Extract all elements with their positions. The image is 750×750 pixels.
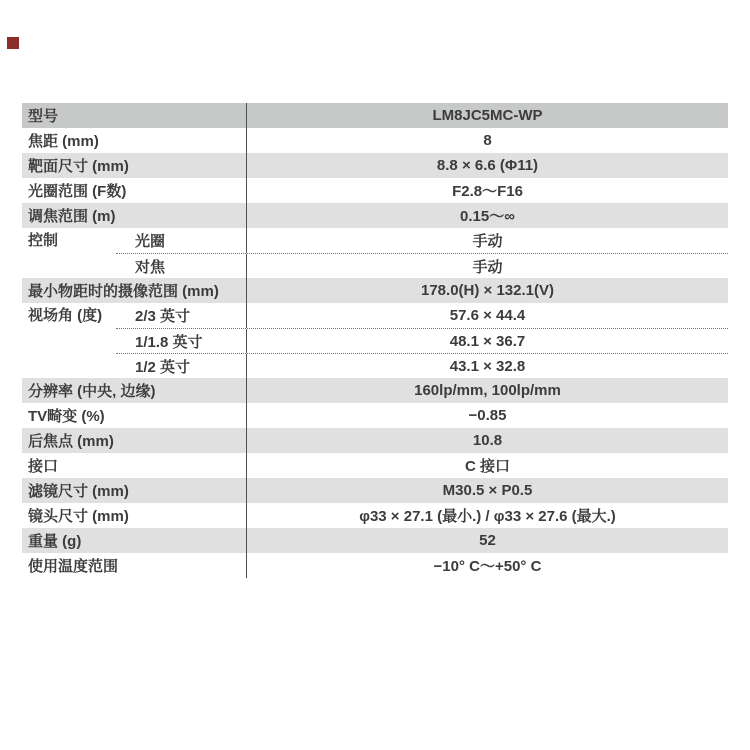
spec-label: 靶面尺寸 (mm) [22, 153, 247, 178]
spec-value: M30.5 × P0.5 [247, 478, 728, 503]
spec-subrow: 光圈手动 [116, 228, 728, 253]
spec-value: 178.0(H) × 132.1(V) [247, 278, 728, 303]
spec-value: 8 [247, 128, 728, 153]
spec-value: 10.8 [247, 428, 728, 453]
spec-row: 最小物距时的摄像范围 (mm)178.0(H) × 132.1(V) [22, 278, 728, 303]
spec-value: 48.1 × 36.7 [247, 329, 728, 353]
spec-group-row: 视场角 (度)2/3 英寸57.6 × 44.41/1.8 英寸48.1 × 3… [22, 303, 728, 378]
spec-label: 重量 (g) [22, 528, 247, 553]
spec-value: 手动 [247, 228, 728, 253]
spec-value: 57.6 × 44.4 [247, 303, 728, 328]
spec-group-subrows: 2/3 英寸57.6 × 44.41/1.8 英寸48.1 × 36.71/2 … [116, 303, 728, 378]
spec-row: 使用温度范围−10° C～+50° C [22, 553, 728, 578]
spec-label: 后焦点 (mm) [22, 428, 247, 453]
page: 型号LM8JC5MC-WP焦距 (mm)8靶面尺寸 (mm)8.8 × 6.6 … [0, 0, 750, 750]
spec-label: 最小物距时的摄像范围 (mm) [22, 278, 247, 303]
spec-row: 调焦范围 (m)0.15～∞ [22, 203, 728, 228]
spec-model-value: LM8JC5MC-WP [247, 103, 728, 128]
spec-value: 160lp/mm, 100lp/mm [247, 378, 728, 403]
spec-sublabel: 1/1.8 英寸 [116, 329, 247, 353]
spec-row: TV畸变 (%)−0.85 [22, 403, 728, 428]
spec-row: 重量 (g)52 [22, 528, 728, 553]
spec-row: 滤镜尺寸 (mm)M30.5 × P0.5 [22, 478, 728, 503]
spec-sublabel: 1/2 英寸 [116, 354, 247, 378]
spec-group-subrows: 光圈手动对焦手动 [116, 228, 728, 278]
spec-row: 后焦点 (mm)10.8 [22, 428, 728, 453]
spec-label: 分辨率 (中央, 边缘) [22, 378, 247, 403]
spec-row: 焦距 (mm)8 [22, 128, 728, 153]
spec-sublabel: 对焦 [116, 254, 247, 278]
spec-label: 光圈范围 (F数) [22, 178, 247, 203]
spec-label: 接口 [22, 453, 247, 478]
spec-group-row: 控制光圈手动对焦手动 [22, 228, 728, 278]
spec-value: 0.15～∞ [247, 203, 728, 228]
spec-group-label: 控制 [22, 228, 116, 278]
spec-label: 使用温度范围 [22, 553, 247, 578]
spec-group-label: 视场角 (度) [22, 303, 116, 378]
spec-row: 分辨率 (中央, 边缘)160lp/mm, 100lp/mm [22, 378, 728, 403]
spec-value: F2.8～F16 [247, 178, 728, 203]
spec-value: 8.8 × 6.6 (Φ11) [247, 153, 728, 178]
spec-label: 调焦范围 (m) [22, 203, 247, 228]
spec-subrow: 1/1.8 英寸48.1 × 36.7 [116, 328, 728, 353]
spec-label: TV畸变 (%) [22, 403, 247, 428]
spec-row: 镜头尺寸 (mm)φ33 × 27.1 (最小.) / φ33 × 27.6 (… [22, 503, 728, 528]
spec-subrow: 1/2 英寸43.1 × 32.8 [116, 353, 728, 378]
spec-value: C 接口 [247, 453, 728, 478]
spec-header-row: 型号LM8JC5MC-WP [22, 103, 728, 128]
spec-label: 型号 [22, 103, 247, 128]
spec-value: 手动 [247, 254, 728, 278]
spec-value: φ33 × 27.1 (最小.) / φ33 × 27.6 (最大.) [247, 503, 728, 528]
spec-subrow: 对焦手动 [116, 253, 728, 278]
spec-sublabel: 光圈 [116, 228, 247, 253]
spec-label: 焦距 (mm) [22, 128, 247, 153]
spec-row: 光圈范围 (F数)F2.8～F16 [22, 178, 728, 203]
spec-subrow: 2/3 英寸57.6 × 44.4 [116, 303, 728, 328]
spec-label: 滤镜尺寸 (mm) [22, 478, 247, 503]
spec-table: 型号LM8JC5MC-WP焦距 (mm)8靶面尺寸 (mm)8.8 × 6.6 … [22, 103, 728, 578]
spec-row: 靶面尺寸 (mm)8.8 × 6.6 (Φ11) [22, 153, 728, 178]
spec-value: 43.1 × 32.8 [247, 354, 728, 378]
brand-logo-mark [7, 37, 19, 49]
spec-value: −10° C～+50° C [247, 553, 728, 578]
spec-sublabel: 2/3 英寸 [116, 303, 247, 328]
spec-row: 接口C 接口 [22, 453, 728, 478]
spec-value: 52 [247, 528, 728, 553]
spec-value: −0.85 [247, 403, 728, 428]
spec-label: 镜头尺寸 (mm) [22, 503, 247, 528]
